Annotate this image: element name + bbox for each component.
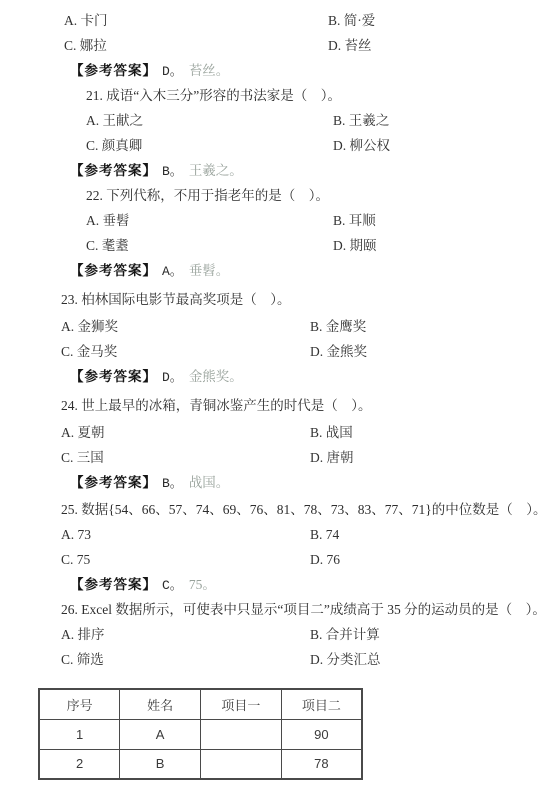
question-block-25: 25. 数据{54、66、57、74、69、76、81、78、73、83、77、… xyxy=(0,497,554,597)
answer-label: 【参考答案】 xyxy=(70,369,157,384)
answer-label: 【参考答案】 xyxy=(70,577,157,592)
question-block-22: 22. 下列代称，不用于指老年的是（ ）。 A. 垂髫 B. 耳顺 C. 耄耋 … xyxy=(0,183,554,283)
answer-text: 王羲之。 xyxy=(189,163,243,178)
option-c: C. 金马奖 xyxy=(61,339,310,364)
answer-label: 【参考答案】 xyxy=(70,475,157,490)
question-text: 22. 下列代称，不用于指老年的是（ ）。 xyxy=(86,183,554,208)
answer-letter: B。 xyxy=(162,476,183,491)
table-cell xyxy=(201,749,282,779)
question-block-partial: A. 卡门 B. 简·爱 C. 娜拉 D. 苔丝 【参考答案】D。苔丝。 xyxy=(0,8,554,83)
option-b: B. 74 xyxy=(310,522,339,547)
answer-text: 金熊奖。 xyxy=(189,369,243,384)
question-text: 26. Excel 数据所示，可使表中只显示“项目二”成绩高于 35 分的运动员… xyxy=(61,597,554,622)
excel-data-table: 序号 姓名 项目一 项目二 1 A 90 2 B 78 xyxy=(38,688,363,780)
table-cell xyxy=(201,719,282,749)
table-row: 2 B 78 xyxy=(39,749,362,779)
option-b: B. 金鹰奖 xyxy=(310,314,366,339)
reference-answer: 【参考答案】D。金熊奖。 xyxy=(70,364,554,389)
table-cell: 90 xyxy=(281,719,362,749)
reference-answer: 【参考答案】B。王羲之。 xyxy=(70,158,554,183)
option-d: D. 76 xyxy=(310,547,340,572)
answer-label: 【参考答案】 xyxy=(70,263,157,278)
question-block-21: 21. 成语“入木三分”形容的书法家是（ ）。 A. 王献之 B. 王羲之 C.… xyxy=(0,83,554,183)
answer-text: 战国。 xyxy=(189,475,230,490)
table-cell: B xyxy=(120,749,201,779)
question-text: 25. 数据{54、66、57、74、69、76、81、78、73、83、77、… xyxy=(61,497,554,522)
reference-answer: 【参考答案】D。苔丝。 xyxy=(70,58,554,83)
option-c: C. 75 xyxy=(61,547,310,572)
option-b: B. 合并计算 xyxy=(310,622,380,647)
table-cell: 2 xyxy=(39,749,120,779)
option-b: B. 耳顺 xyxy=(333,208,376,233)
option-a: A. 夏朝 xyxy=(61,420,310,445)
option-d: D. 唐朝 xyxy=(310,445,354,470)
option-d: D. 期颐 xyxy=(333,233,377,258)
exam-page: A. 卡门 B. 简·爱 C. 娜拉 D. 苔丝 【参考答案】D。苔丝。 21.… xyxy=(0,0,554,785)
question-text: 21. 成语“入木三分”形容的书法家是（ ）。 xyxy=(86,83,554,108)
table-cell: A xyxy=(120,719,201,749)
table-header-cell: 项目一 xyxy=(201,689,282,719)
option-a: A. 排序 xyxy=(61,622,310,647)
table-header-cell: 序号 xyxy=(39,689,120,719)
table-header-cell: 项目二 xyxy=(281,689,362,719)
option-d: D. 金熊奖 xyxy=(310,339,367,364)
option-c: C. 三国 xyxy=(61,445,310,470)
table-header-row: 序号 姓名 项目一 项目二 xyxy=(39,689,362,719)
table-row: 1 A 90 xyxy=(39,719,362,749)
answer-letter: A。 xyxy=(162,264,183,279)
question-block-26: 26. Excel 数据所示，可使表中只显示“项目二”成绩高于 35 分的运动员… xyxy=(0,597,554,672)
table-header-cell: 姓名 xyxy=(120,689,201,719)
reference-answer: 【参考答案】C。75。 xyxy=(70,572,554,597)
answer-letter: B。 xyxy=(162,164,183,179)
option-b: B. 王羲之 xyxy=(333,108,389,133)
table-cell: 78 xyxy=(281,749,362,779)
question-block-24: 24. 世上最早的冰箱，青铜冰鉴产生的时代是（ ）。 A. 夏朝 B. 战国 C… xyxy=(0,393,554,495)
question-block-23: 23. 柏林国际电影节最高奖项是（ ）。 A. 金狮奖 B. 金鹰奖 C. 金马… xyxy=(0,287,554,389)
reference-answer: 【参考答案】A。垂髫。 xyxy=(70,258,554,283)
option-a: A. 卡门 xyxy=(64,8,328,33)
option-c: C. 筛选 xyxy=(61,647,310,672)
table-cell: 1 xyxy=(39,719,120,749)
answer-text: 苔丝。 xyxy=(189,63,230,78)
answer-label: 【参考答案】 xyxy=(70,163,157,178)
option-d: D. 苔丝 xyxy=(328,33,372,58)
option-a: A. 73 xyxy=(61,522,310,547)
question-text: 24. 世上最早的冰箱，青铜冰鉴产生的时代是（ ）。 xyxy=(61,393,554,418)
option-b: B. 战国 xyxy=(310,420,353,445)
answer-letter: C。 xyxy=(162,578,183,593)
reference-answer: 【参考答案】B。战国。 xyxy=(70,470,554,495)
option-c: C. 颜真卿 xyxy=(86,133,333,158)
answer-letter: D。 xyxy=(162,370,183,385)
answer-label: 【参考答案】 xyxy=(70,63,157,78)
option-b: B. 简·爱 xyxy=(328,8,375,33)
answer-letter: D。 xyxy=(162,64,183,79)
option-c: C. 娜拉 xyxy=(64,33,328,58)
option-d: D. 分类汇总 xyxy=(310,647,381,672)
answer-text: 垂髫。 xyxy=(189,263,230,278)
option-d: D. 柳公权 xyxy=(333,133,390,158)
option-c: C. 耄耋 xyxy=(86,233,333,258)
option-a: A. 金狮奖 xyxy=(61,314,310,339)
option-a: A. 王献之 xyxy=(86,108,333,133)
option-a: A. 垂髫 xyxy=(86,208,333,233)
question-text: 23. 柏林国际电影节最高奖项是（ ）。 xyxy=(61,287,554,312)
answer-text: 75。 xyxy=(189,577,216,592)
